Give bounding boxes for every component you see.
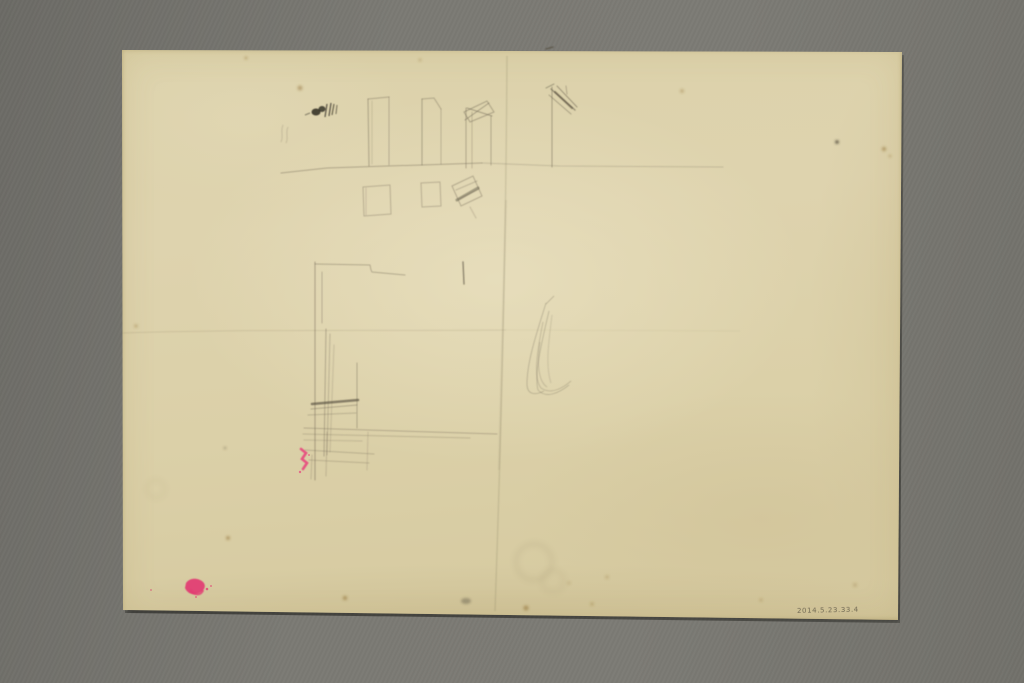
- paper-sheet: [122, 50, 902, 622]
- accession-number-inscription: 2014.5.23.33.4: [797, 605, 887, 616]
